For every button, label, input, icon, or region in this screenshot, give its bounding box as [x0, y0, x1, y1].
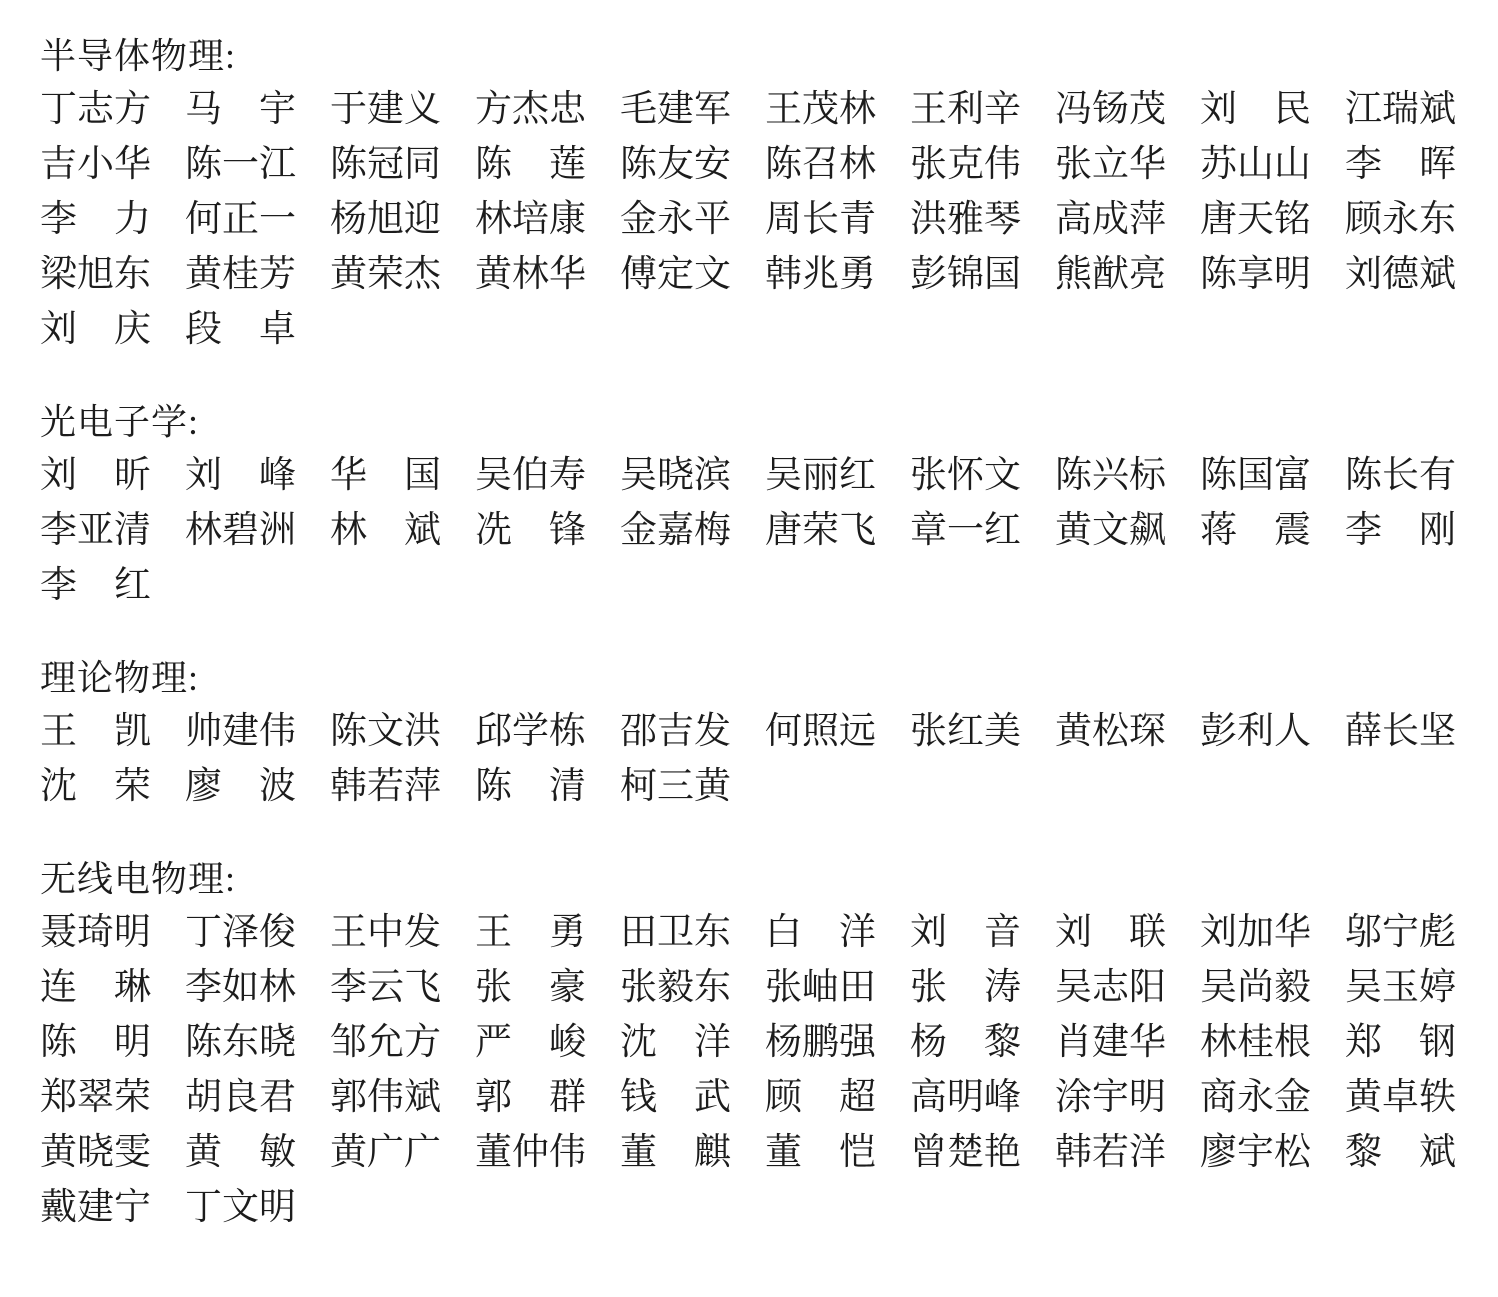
section-title: 光电子学:	[40, 400, 1472, 444]
person-name: 黄卓轶	[1345, 1078, 1456, 1118]
person-name: 王利辛	[910, 90, 1021, 130]
person-name: 林桂根	[1200, 1023, 1311, 1063]
person-name: 郭伟斌	[330, 1078, 441, 1118]
person-name: 马宇	[185, 90, 296, 130]
section-title: 半导体物理:	[40, 34, 1472, 78]
person-name: 董麒	[620, 1133, 731, 1173]
person-name: 冯钖茂	[1055, 90, 1166, 130]
person-name: 高成萍	[1055, 200, 1166, 240]
person-name: 吴晓滨	[620, 456, 731, 496]
person-name: 吴丽红	[765, 456, 876, 496]
person-name: 刘音	[910, 913, 1021, 953]
person-name: 蒋震	[1200, 511, 1311, 551]
person-name: 柯三黄	[620, 767, 731, 807]
person-name: 黎斌	[1345, 1133, 1456, 1173]
person-name: 陈享明	[1200, 255, 1311, 295]
person-name: 韩兆勇	[765, 255, 876, 295]
person-name: 涂宇明	[1055, 1078, 1166, 1118]
person-name: 张红美	[910, 712, 1021, 752]
person-name: 吴玉婷	[1345, 968, 1456, 1008]
person-name: 吴伯寿	[475, 456, 586, 496]
person-name: 金永平	[620, 200, 731, 240]
person-name: 沈洋	[620, 1023, 731, 1063]
section-2: 光电子学:刘昕刘峰华国吴伯寿吴晓滨吴丽红张怀文陈兴标陈国富陈长有李亚清林碧洲林斌…	[40, 400, 1472, 606]
person-name: 何照远	[765, 712, 876, 752]
person-name: 王中发	[330, 913, 441, 953]
person-name: 金嘉梅	[620, 511, 731, 551]
person-name: 陈长有	[1345, 456, 1456, 496]
person-name: 张岫田	[765, 968, 876, 1008]
person-name: 陈明	[40, 1023, 151, 1063]
person-name: 林斌	[330, 511, 441, 551]
person-name: 陈国富	[1200, 456, 1311, 496]
person-name: 毛建军	[620, 90, 731, 130]
person-name: 李刚	[1345, 511, 1456, 551]
person-name: 黄荣杰	[330, 255, 441, 295]
person-name: 刘峰	[185, 456, 296, 496]
names-grid: 王凯帅建伟陈文洪邱学栋邵吉发何照远张红美黄松琛彭利人薛长坚沈荣廖波韩若萍陈清柯三…	[40, 712, 1472, 807]
person-name: 黄广广	[330, 1133, 441, 1173]
person-name: 陈清	[475, 767, 586, 807]
person-name: 刘加华	[1200, 913, 1311, 953]
roster-document: 半导体物理:丁志方马宇于建义方杰忠毛建军王茂林王利辛冯钖茂刘民江瑞斌吉小华陈一江…	[40, 34, 1472, 1228]
person-name: 廖波	[185, 767, 296, 807]
person-name: 邱学栋	[475, 712, 586, 752]
section-3: 理论物理:王凯帅建伟陈文洪邱学栋邵吉发何照远张红美黄松琛彭利人薛长坚沈荣廖波韩若…	[40, 656, 1472, 807]
person-name: 肖建华	[1055, 1023, 1166, 1063]
person-name: 彭锦国	[910, 255, 1021, 295]
person-name: 顾永东	[1345, 200, 1456, 240]
person-name: 黄松琛	[1055, 712, 1166, 752]
person-name: 董恺	[765, 1133, 876, 1173]
person-name: 张涛	[910, 968, 1021, 1008]
person-name: 丁泽俊	[185, 913, 296, 953]
person-name: 帅建伟	[185, 712, 296, 752]
person-name: 曾楚艳	[910, 1133, 1021, 1173]
person-name: 田卫东	[620, 913, 731, 953]
person-name: 郑翠荣	[40, 1078, 151, 1118]
person-name: 胡良君	[185, 1078, 296, 1118]
person-name: 廖宇松	[1200, 1133, 1311, 1173]
person-name: 张克伟	[910, 145, 1021, 185]
person-name: 黄晓雯	[40, 1133, 151, 1173]
person-name: 邹允方	[330, 1023, 441, 1063]
person-name: 刘庆	[40, 310, 151, 350]
person-name: 严峻	[475, 1023, 586, 1063]
person-name: 张豪	[475, 968, 586, 1008]
person-name: 黄桂芳	[185, 255, 296, 295]
person-name: 唐天铭	[1200, 200, 1311, 240]
person-name: 熊猷亮	[1055, 255, 1166, 295]
person-name: 何正一	[185, 200, 296, 240]
person-name: 杨鹏强	[765, 1023, 876, 1063]
person-name: 章一红	[910, 511, 1021, 551]
person-name: 傅定文	[620, 255, 731, 295]
person-name: 戴建宁	[40, 1188, 151, 1228]
person-name: 李晖	[1345, 145, 1456, 185]
person-name: 周长青	[765, 200, 876, 240]
person-name: 郑钢	[1345, 1023, 1456, 1063]
person-name: 林培康	[475, 200, 586, 240]
person-name: 唐荣飞	[765, 511, 876, 551]
person-name: 黄文飙	[1055, 511, 1166, 551]
person-name: 邬宁彪	[1345, 913, 1456, 953]
names-grid: 刘昕刘峰华国吴伯寿吴晓滨吴丽红张怀文陈兴标陈国富陈长有李亚清林碧洲林斌冼锋金嘉梅…	[40, 456, 1472, 606]
person-name: 商永金	[1200, 1078, 1311, 1118]
person-name: 刘民	[1200, 90, 1311, 130]
person-name: 韩若洋	[1055, 1133, 1166, 1173]
person-name: 刘昕	[40, 456, 151, 496]
person-name: 薛长坚	[1345, 712, 1456, 752]
person-name: 华国	[330, 456, 441, 496]
person-name: 高明峰	[910, 1078, 1021, 1118]
person-name: 邵吉发	[620, 712, 731, 752]
person-name: 黄敏	[185, 1133, 296, 1173]
person-name: 于建义	[330, 90, 441, 130]
person-name: 丁文明	[185, 1188, 296, 1228]
person-name: 聂琦明	[40, 913, 151, 953]
person-name: 方杰忠	[475, 90, 586, 130]
person-name: 段卓	[185, 310, 296, 350]
person-name: 洪雅琴	[910, 200, 1021, 240]
person-name: 沈荣	[40, 767, 151, 807]
person-name: 陈文洪	[330, 712, 441, 752]
person-name: 彭利人	[1200, 712, 1311, 752]
person-name: 杨黎	[910, 1023, 1021, 1063]
person-name: 丁志方	[40, 90, 151, 130]
section-title: 理论物理:	[40, 656, 1472, 700]
person-name: 陈兴标	[1055, 456, 1166, 496]
person-name: 张立华	[1055, 145, 1166, 185]
person-name: 陈冠同	[330, 145, 441, 185]
names-grid: 丁志方马宇于建义方杰忠毛建军王茂林王利辛冯钖茂刘民江瑞斌吉小华陈一江陈冠同陈莲陈…	[40, 90, 1472, 350]
person-name: 连琳	[40, 968, 151, 1008]
name-list-sections: 半导体物理:丁志方马宇于建义方杰忠毛建军王茂林王利辛冯钖茂刘民江瑞斌吉小华陈一江…	[40, 34, 1472, 1228]
person-name: 韩若萍	[330, 767, 441, 807]
person-name: 李如林	[185, 968, 296, 1008]
person-name: 李亚清	[40, 511, 151, 551]
person-name: 李红	[40, 566, 151, 606]
person-name: 李云飞	[330, 968, 441, 1008]
person-name: 刘联	[1055, 913, 1166, 953]
person-name: 林碧洲	[185, 511, 296, 551]
person-name: 梁旭东	[40, 255, 151, 295]
person-name: 王茂林	[765, 90, 876, 130]
person-name: 吴志阳	[1055, 968, 1166, 1008]
person-name: 王凯	[40, 712, 151, 752]
section-title: 无线电物理:	[40, 857, 1472, 901]
person-name: 顾超	[765, 1078, 876, 1118]
person-name: 张毅东	[620, 968, 731, 1008]
person-name: 陈友安	[620, 145, 731, 185]
person-name: 苏山山	[1200, 145, 1311, 185]
person-name: 杨旭迎	[330, 200, 441, 240]
person-name: 黄林华	[475, 255, 586, 295]
section-4: 无线电物理:聂琦明丁泽俊王中发王勇田卫东白洋刘音刘联刘加华邬宁彪连琳李如林李云飞…	[40, 857, 1472, 1228]
person-name: 刘德斌	[1345, 255, 1456, 295]
person-name: 白洋	[765, 913, 876, 953]
person-name: 冼锋	[475, 511, 586, 551]
person-name: 吴尚毅	[1200, 968, 1311, 1008]
person-name: 江瑞斌	[1345, 90, 1456, 130]
person-name: 王勇	[475, 913, 586, 953]
names-grid: 聂琦明丁泽俊王中发王勇田卫东白洋刘音刘联刘加华邬宁彪连琳李如林李云飞张豪张毅东张…	[40, 913, 1472, 1228]
person-name: 董仲伟	[475, 1133, 586, 1173]
person-name: 吉小华	[40, 145, 151, 185]
person-name: 李力	[40, 200, 151, 240]
person-name: 郭群	[475, 1078, 586, 1118]
person-name: 陈召林	[765, 145, 876, 185]
person-name: 陈一江	[185, 145, 296, 185]
person-name: 陈莲	[475, 145, 586, 185]
person-name: 钱武	[620, 1078, 731, 1118]
person-name: 张怀文	[910, 456, 1021, 496]
section-1: 半导体物理:丁志方马宇于建义方杰忠毛建军王茂林王利辛冯钖茂刘民江瑞斌吉小华陈一江…	[40, 34, 1472, 350]
person-name: 陈东晓	[185, 1023, 296, 1063]
